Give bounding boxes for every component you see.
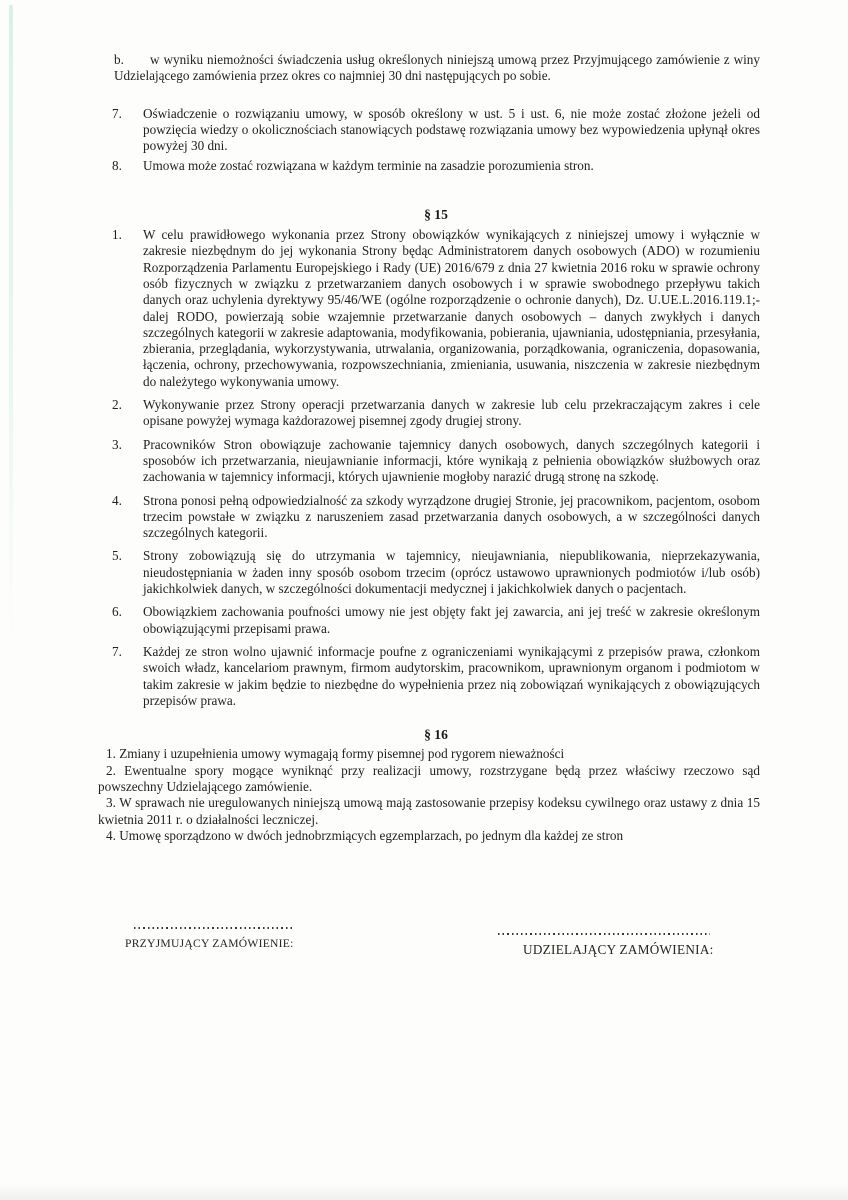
list-item-7-number: 7.: [112, 106, 122, 122]
document-content: b.w wyniku niemożności świadczenia usług…: [0, 52, 848, 844]
signature-label-ordering-party: UDZIELAJĄCY ZAMÓWIENIA:: [523, 942, 714, 958]
section-15-item-4-number: 4.: [112, 493, 122, 509]
list-item-7-text: Oświadczenie o rozwiązaniu umowy, w spos…: [143, 106, 760, 154]
section-15-item-4-text: Strona ponosi pełną odpowiedzialność za …: [143, 493, 760, 541]
section-15-item-2-text: Wykonywanie przez Strony operacji przetw…: [143, 397, 760, 428]
section-15-heading: § 15: [112, 207, 760, 223]
signature-block-left: PRZYJMUJĄCY ZAMÓWIENIE:: [125, 927, 294, 952]
section-15-item-1-number: 1.: [112, 227, 122, 243]
section-15-item-2-number: 2.: [112, 397, 122, 413]
section-15-list: 1. W celu prawidłowego wykonania przez S…: [112, 227, 760, 709]
section-15-item-3-number: 3.: [112, 437, 122, 453]
list-item-8-text: Umowa może zostać rozwiązana w każdym te…: [143, 158, 594, 173]
section-16-paragraph-2: 2. Ewentualne spory mogące wyniknąć przy…: [98, 763, 760, 796]
section-15-item-7: 7. Każdej ze stron wolno ujawnić informa…: [112, 644, 760, 709]
section-15-item-6-number: 6.: [112, 604, 122, 620]
intro-numbered-list: 7. Oświadczenie o rozwiązaniu umowy, w s…: [112, 106, 760, 175]
section-15-item-1-text: W celu prawidłowego wykonania przez Stro…: [143, 227, 760, 389]
section-15-item-7-number: 7.: [112, 644, 122, 660]
scan-artifact-bottom-band: [0, 1184, 848, 1200]
section-16-block: 1. Zmiany i uzupełnienia umowy wymagają …: [98, 746, 760, 844]
section-15-item-6: 6. Obowiązkiem zachowania poufności umow…: [112, 604, 760, 637]
section-15-item-6-text: Obowiązkiem zachowania poufności umowy n…: [143, 604, 760, 635]
section-15-item-7-text: Każdej ze stron wolno ujawnić informacje…: [143, 644, 760, 708]
list-item-7: 7. Oświadczenie o rozwiązaniu umowy, w s…: [112, 106, 760, 155]
signature-dotted-line-left: [134, 927, 294, 930]
section-15-item-4: 4. Strona ponosi pełną odpowiedzialność …: [112, 493, 760, 542]
section-15-item-1: 1. W celu prawidłowego wykonania przez S…: [112, 227, 760, 390]
list-item-b: b.w wyniku niemożności świadczenia usług…: [114, 52, 760, 85]
section-15-item-3: 3. Pracowników Stron obowiązuje zachowan…: [112, 437, 760, 486]
signature-block-right: UDZIELAJĄCY ZAMÓWIENIA:: [498, 933, 714, 958]
section-16-paragraph-3: 3. W sprawach nie uregulowanych niniejsz…: [98, 795, 760, 828]
section-15-item-5-text: Strony zobowiązują się do utrzymania w t…: [143, 548, 760, 596]
section-15-item-5: 5. Strony zobowiązują się do utrzymania …: [112, 548, 760, 597]
scanned-contract-page: b.w wyniku niemożności świadczenia usług…: [0, 0, 848, 1200]
section-15-item-2: 2. Wykonywanie przez Strony operacji prz…: [112, 397, 760, 430]
section-16-heading: § 16: [112, 727, 760, 743]
list-item-b-label: b.: [114, 52, 150, 68]
list-item-8: 8. Umowa może zostać rozwiązana w każdym…: [112, 158, 760, 174]
section-16-paragraph-1: 1. Zmiany i uzupełnienia umowy wymagają …: [98, 746, 760, 762]
list-item-8-number: 8.: [112, 158, 122, 174]
section-16-paragraph-4: 4. Umowę sporządzono w dwóch jednobrzmią…: [98, 828, 760, 844]
signature-dotted-line-right: [498, 933, 710, 936]
signature-label-contractor: PRZYJMUJĄCY ZAMÓWIENIE:: [125, 936, 294, 952]
section-15-item-3-text: Pracowników Stron obowiązuje zachowanie …: [143, 437, 760, 485]
list-item-b-text: w wyniku niemożności świadczenia usług o…: [114, 52, 760, 83]
section-15-item-5-number: 5.: [112, 548, 122, 564]
